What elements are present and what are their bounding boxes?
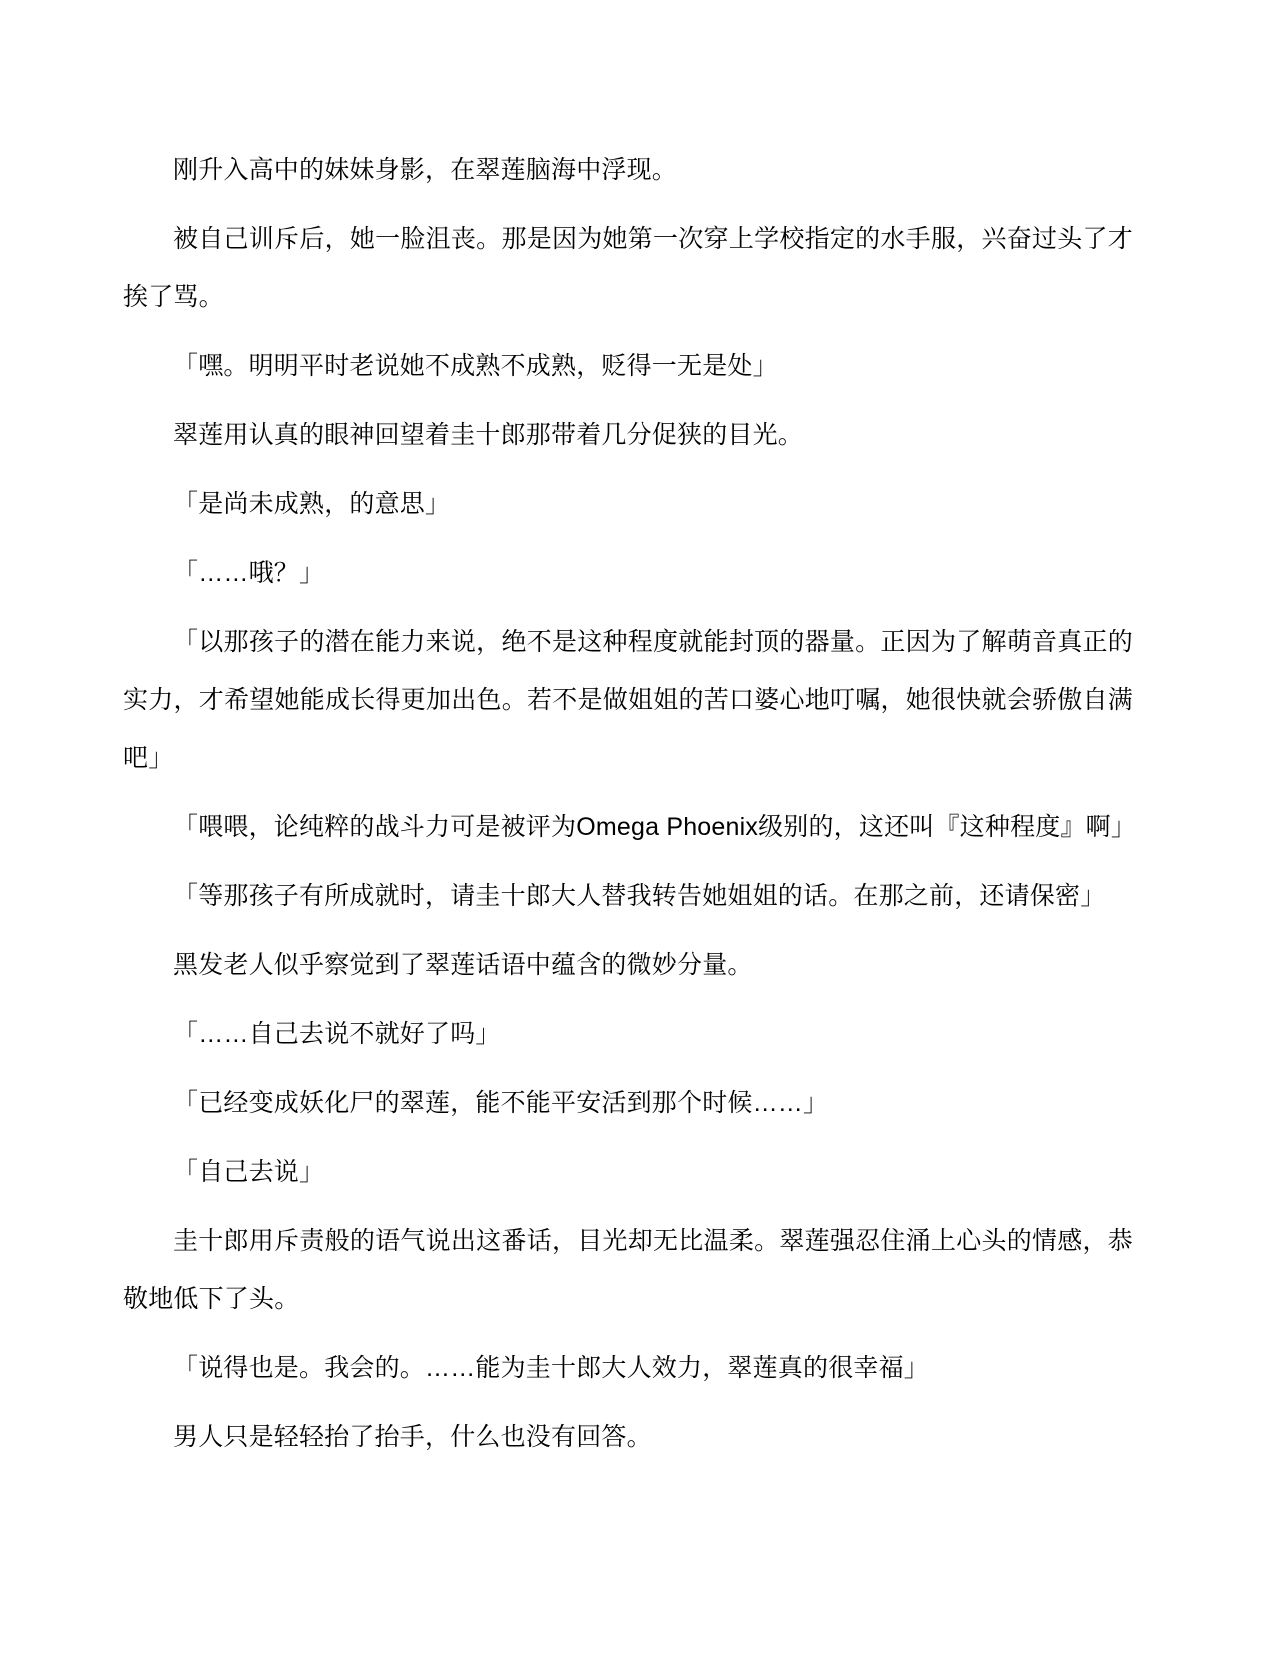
paragraph-dialogue: 「是尚未成熟，的意思」 <box>123 475 1133 533</box>
paragraph: 黑发老人似乎察觉到了翠莲话语中蕴含的微妙分量。 <box>123 936 1133 994</box>
paragraph: 圭十郎用斥责般的语气说出这番话，目光却无比温柔。翠莲强忍住涌上心头的情感，恭敬地… <box>123 1212 1133 1328</box>
paragraph: 男人只是轻轻抬了抬手，什么也没有回答。 <box>123 1408 1133 1466</box>
paragraph: 被自己训斥后，她一脸沮丧。那是因为她第一次穿上学校指定的水手服，兴奋过头了才挨了… <box>123 210 1133 326</box>
paragraph-dialogue: 「以那孩子的潜在能力来说，绝不是这种程度就能封顶的器量。正因为了解萌音真正的实力… <box>123 613 1133 787</box>
paragraph: 刚升入高中的妹妹身影，在翠莲脑海中浮现。 <box>123 141 1133 199</box>
novel-page: 刚升入高中的妹妹身影，在翠莲脑海中浮现。 被自己训斥后，她一脸沮丧。那是因为她第… <box>0 0 1280 1656</box>
paragraph-dialogue: 「……哦？」 <box>123 544 1133 602</box>
paragraph-dialogue: 「嘿。明明平时老说她不成熟不成熟，贬得一无是处」 <box>123 337 1133 395</box>
paragraph: 翠莲用认真的眼神回望着圭十郎那带着几分促狭的目光。 <box>123 406 1133 464</box>
paragraph-dialogue: 「等那孩子有所成就时，请圭十郎大人替我转告她姐姐的话。在那之前，还请保密」 <box>123 867 1133 925</box>
paragraph-dialogue: 「说得也是。我会的。……能为圭十郎大人效力，翠莲真的很幸福」 <box>123 1339 1133 1397</box>
paragraph-dialogue: 「……自己去说不就好了吗」 <box>123 1005 1133 1063</box>
paragraph-dialogue: 「自己去说」 <box>123 1143 1133 1201</box>
paragraph-dialogue: 「喂喂，论纯粹的战斗力可是被评为Omega Phoenix级别的，这还叫『这种程… <box>123 798 1133 856</box>
paragraph-dialogue: 「已经变成妖化尸的翠莲，能不能平安活到那个时候……」 <box>123 1074 1133 1132</box>
